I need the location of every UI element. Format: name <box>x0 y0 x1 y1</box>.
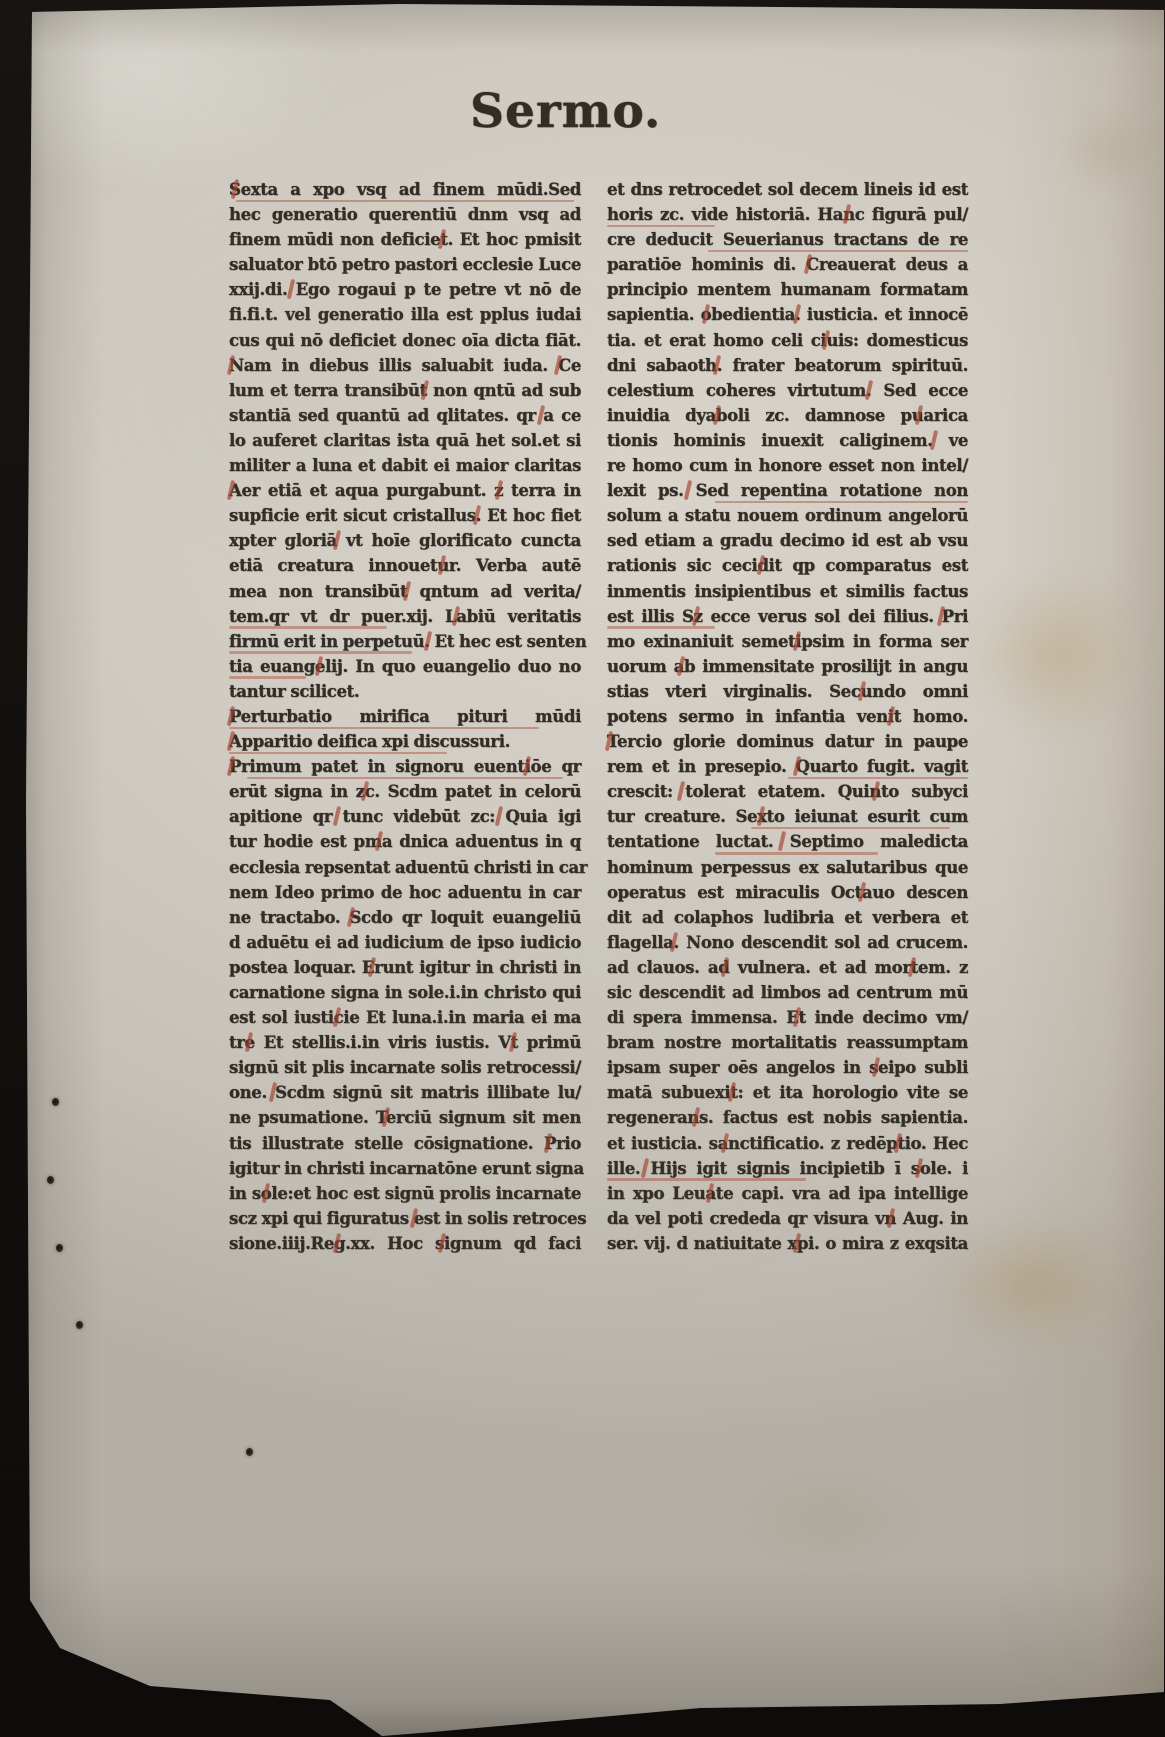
rubric-stroke <box>886 1208 894 1228</box>
text-line: et iusticia. sanctificatio. z redēptio. … <box>607 1131 968 1156</box>
rubric-stroke <box>670 932 678 952</box>
rubric-stroke <box>793 1233 801 1253</box>
rubric-stroke <box>403 580 411 600</box>
rubric-stroke <box>375 831 383 851</box>
rubric-stroke <box>865 380 873 400</box>
text-line: igitur in christi incarnatōne erunt sign… <box>229 1156 581 1181</box>
text-line: militer a luna et dabit ei maior clarita… <box>229 453 581 478</box>
rubric-stroke <box>821 329 829 349</box>
text-line: fi.fi.t. vel generatio illa est pplus iu… <box>229 302 581 327</box>
rubric-stroke <box>843 204 851 224</box>
rubric-stroke <box>332 1007 340 1027</box>
paper-stain <box>680 1440 980 1600</box>
text-line: ille. Hijs igit signis incipietib ī sole… <box>607 1156 968 1181</box>
wormhole <box>76 1321 83 1329</box>
text-line: ne tractabo. Scdo qr loquit euangeliū <box>229 905 581 930</box>
rubric-stroke <box>713 355 721 375</box>
rubric-stroke <box>793 304 801 324</box>
text-line: saluator btō petro pastori ecclesie Luce <box>229 252 581 277</box>
rubric-stroke <box>677 781 685 801</box>
text-line: scz xpi qui figuratus est in solis retro… <box>229 1206 581 1231</box>
rubric-stroke <box>872 781 880 801</box>
text-line: tentatione luctat. Septimo maledicta <box>607 829 968 854</box>
photo-background: Sermo. Sexta a xpo vsq ad finem mūdi.Sed… <box>0 0 1165 1737</box>
rubric-stroke <box>778 831 786 851</box>
rubric-stroke <box>508 1032 516 1052</box>
rubric-stroke <box>605 731 613 751</box>
text-line: ad clauos. ad vulnera. et ad mortem. z <box>607 955 968 980</box>
rubric-stroke <box>227 706 235 726</box>
rubric-stroke <box>756 806 764 826</box>
rubric-stroke <box>346 907 354 927</box>
rubric-stroke <box>537 405 545 425</box>
text-line: ser. vij. d natiuitate xpi. o mira z exq… <box>607 1231 968 1256</box>
text-line: xxij.di. Ego rogaui p te petre vt nō de <box>229 277 581 302</box>
rubric-stroke <box>452 605 460 625</box>
text-line: tre Et stellis.i.in viris iustis. Vt pri… <box>229 1030 581 1055</box>
manuscript-page: Sermo. Sexta a xpo vsq ad finem mūdi.Sed… <box>0 0 1165 1737</box>
rubric-stroke <box>793 756 801 776</box>
text-line: apitione qr tunc videbūt zc: Quia igi <box>229 804 581 829</box>
rubric-stroke <box>756 555 764 575</box>
text-line: et dns retrocedet sol decem lineis id es… <box>607 177 968 202</box>
rubric-stroke <box>915 405 923 425</box>
wormhole <box>246 1448 253 1456</box>
text-line: cus qui nō deficiet donec oīa dicta fiāt… <box>229 328 581 353</box>
text-line: in sole:et hoc est signū prolis incarnat… <box>229 1181 581 1206</box>
text-line: sapientia. obedientia. iusticia. et inno… <box>607 302 968 327</box>
rubric-stroke <box>438 555 446 575</box>
text-line: stias vteri virginalis. Secundo omni <box>607 679 968 704</box>
text-line: est sol iusticie Et luna.i.in maria ei m… <box>229 1005 581 1030</box>
wormhole <box>47 1176 54 1184</box>
text-line: firmū erit in perpetuū. Et hec est sente… <box>229 629 581 654</box>
rubric-stroke <box>494 806 502 826</box>
text-line: hec generatio querentiū dnm vsq ad <box>229 202 581 227</box>
text-line: uorum ab immensitate prosilijt in angu <box>607 654 968 679</box>
text-line: tis illustrate stelle cōsignatione. Prio <box>229 1131 581 1156</box>
text-line: signū sit plis incarnate solis retrocess… <box>229 1055 581 1080</box>
rubric-stroke <box>424 631 432 651</box>
rubric-stroke <box>382 1107 390 1127</box>
text-line: tantur scilicet. <box>229 679 581 704</box>
text-line: bram nostre mortalitatis reassumptam <box>607 1030 968 1055</box>
text-line: operatus est miraculis Octauo descen <box>607 880 968 905</box>
text-line: celestium coheres virtutum. Sed ecce <box>607 378 968 403</box>
text-line: horis zc. vide historiā. Hanc figurā pul… <box>607 202 968 227</box>
rubric-stroke <box>691 605 699 625</box>
text-line: tem.qr vt dr puer.xij. Labiū veritatis <box>229 604 581 629</box>
rubric-stroke <box>287 279 295 299</box>
text-line: etiā creatura innouetur. Verba autē <box>229 553 581 578</box>
text-line: tur creature. Sexto ieiunat esurit cum <box>607 804 968 829</box>
text-line: rem et in presepio. Quarto fugit. vagit <box>607 754 968 779</box>
text-line: crescit: tolerat etatem. Quinto subyci <box>607 779 968 804</box>
text-line: lexit ps. Sed repentina rotatione non <box>607 478 968 503</box>
rubric-stroke <box>886 706 894 726</box>
rubric-stroke <box>332 530 340 550</box>
rubric-stroke <box>713 405 721 425</box>
text-line: Nam in diebus illis saluabit iuda. Ce <box>229 353 581 378</box>
rubric-stroke <box>544 1132 552 1152</box>
text-line: ipsam super oēs angelos in seipo subli <box>607 1055 968 1080</box>
rubric-stroke <box>793 1007 801 1027</box>
text-line: principio mentem humanam formatam <box>607 277 968 302</box>
rubric-stroke <box>720 1132 728 1152</box>
paper-stain <box>1040 90 1165 210</box>
rubric-stroke <box>793 631 801 651</box>
text-line: tia euangelij. In quo euangelio duo no <box>229 654 581 679</box>
text-line: inmentis insipientibus et similis factus <box>607 579 968 604</box>
text-line: lo auferet claritas ista quā het sol.et … <box>229 428 581 453</box>
rubric-stroke <box>438 229 446 249</box>
rubric-stroke <box>720 957 728 977</box>
rubric-stroke <box>522 756 530 776</box>
paper-stain <box>960 570 1150 740</box>
text-line: ecclesia repsentat aduentū christi in ca… <box>229 855 581 880</box>
text-line: one. Scdm signū sit matris illibate lu/ <box>229 1080 581 1105</box>
rubric-stroke <box>420 380 428 400</box>
rubric-stroke <box>332 806 340 826</box>
rubric-stroke <box>937 605 945 625</box>
text-line: regenerans. factus est nobis sapientia. <box>607 1105 968 1130</box>
rubric-stroke <box>269 1082 277 1102</box>
text-line: nem Ideo primo de hoc aduentu in car <box>229 880 581 905</box>
rubric-stroke <box>438 1233 446 1253</box>
rubric-stroke <box>227 480 235 500</box>
rubric-stroke <box>857 881 865 901</box>
rubric-stroke <box>915 1158 923 1178</box>
text-line: in xpo Leuate capi. vra ad ipa intellige <box>607 1181 968 1206</box>
rubric-stroke <box>332 1233 340 1253</box>
wormhole <box>56 1244 63 1252</box>
text-column-left: Sexta a xpo vsq ad finem mūdi.Sedhec gen… <box>229 177 581 1256</box>
text-line: rationis sic cecidit qp comparatus est <box>607 553 968 578</box>
page-header-title: Sermo. <box>470 84 730 139</box>
text-line: matā subuexit: et ita horologio vite se <box>607 1080 968 1105</box>
rubric-stroke <box>315 656 323 676</box>
text-line: tur hodie est pma dnica aduentus in q <box>229 829 581 854</box>
text-line: sione.iiij.Reg.xx. Hoc signum qd faci <box>229 1231 581 1256</box>
rubric-stroke <box>494 480 502 500</box>
text-line: d aduētu ei ad iudicium de ipso iudicio <box>229 930 581 955</box>
rubric-stroke <box>803 254 811 274</box>
rubric-stroke <box>857 681 865 701</box>
rubric-stroke <box>410 1208 418 1228</box>
text-line: tia. et erat homo celi ciuis: domesticus <box>607 328 968 353</box>
text-line: paratiōe hominis di. Creauerat deus a <box>607 252 968 277</box>
rubric-stroke <box>930 430 938 450</box>
rubric-stroke <box>908 957 916 977</box>
text-line: potens sermo in infantia venit homo. <box>607 704 968 729</box>
text-line: sic descendit ad limbos ad centrum mū <box>607 980 968 1005</box>
text-line: postea loquar. Erunt igitur in christi i… <box>229 955 581 980</box>
text-line: tionis hominis inuexit caliginem. ve <box>607 428 968 453</box>
rubric-stroke <box>702 304 710 324</box>
text-line: carnatione signa in sole.i.in christo qu… <box>229 980 581 1005</box>
rubric-stroke <box>244 1032 252 1052</box>
text-line: lum et terra transibūt non qntū ad sub <box>229 378 581 403</box>
text-line: ne psumatione. Terciū signum sit men <box>229 1105 581 1130</box>
rubric-stroke <box>691 1107 699 1127</box>
rubric-stroke <box>728 1082 736 1102</box>
rubric-stroke <box>368 957 376 977</box>
text-line: flagella. Nono descendit sol ad crucem. <box>607 930 968 955</box>
text-line: Perturbatio mirifica pituri mūdi <box>229 704 581 729</box>
text-line: inuidia dyaboli zc. damnose puarica <box>607 403 968 428</box>
rubric-stroke <box>641 1158 649 1178</box>
text-line: dit ad colaphos ludibria et verbera et <box>607 905 968 930</box>
text-line: dni sabaoth. frater beatorum spirituū. <box>607 353 968 378</box>
text-line: sed etiam a gradu decimo id est ab vsu <box>607 528 968 553</box>
text-line: Aer etiā et aqua purgabunt. z terra in <box>229 478 581 503</box>
text-line: erūt signa in zc. Scdm patet in celorū <box>229 779 581 804</box>
text-line: hominum perpessus ex salutaribus que <box>607 855 968 880</box>
rubric-stroke <box>684 480 692 500</box>
text-line: finem mūdi non deficiet. Et hoc pmisit <box>229 227 581 252</box>
rubric-stroke <box>227 756 235 776</box>
text-line: est illis Sz ecce verus sol dei filius. … <box>607 604 968 629</box>
text-line: da vel poti crededa qr visura vn Aug. in <box>607 1206 968 1231</box>
text-line: Apparitio deifica xpi discussuri. <box>229 729 581 754</box>
wormhole <box>52 1098 59 1106</box>
text-line: Sexta a xpo vsq ad finem mūdi.Sed <box>229 177 581 202</box>
text-line: mo exinaniuit semetipsim in forma ser <box>607 629 968 654</box>
rubric-stroke <box>677 656 685 676</box>
rubric-stroke <box>894 1132 902 1152</box>
rubric-stroke <box>473 505 481 525</box>
rubric-stroke <box>230 179 238 199</box>
rubric-stroke <box>554 355 562 375</box>
rubric-stroke <box>227 355 235 375</box>
rubric-stroke <box>706 1183 714 1203</box>
text-line: mea non transibūt qntum ad verita/ <box>229 579 581 604</box>
text-line: Tercio glorie dominus datur in paupe <box>607 729 968 754</box>
text-line: Primum patet in signoru euentiōe qr <box>229 754 581 779</box>
text-line: cre deducit Seuerianus tractans de re <box>607 227 968 252</box>
text-line: stantiā sed quantū ad qlitates. qr a ce <box>229 403 581 428</box>
text-line: di spera immensa. Et inde decimo vm/ <box>607 1005 968 1030</box>
rubric-stroke <box>262 1183 270 1203</box>
rubric-stroke <box>227 731 235 751</box>
rubric-stroke <box>872 1057 880 1077</box>
text-line: re homo cum in honore esset non intel/ <box>607 453 968 478</box>
text-line: supficie erit sicut cristallus. Et hoc f… <box>229 503 581 528</box>
text-line: xpter gloriā vt hoīe glorificato cuncta <box>229 528 581 553</box>
text-column-right: et dns retrocedet sol decem lineis id es… <box>607 177 968 1256</box>
rubric-stroke <box>361 781 369 801</box>
text-line: solum a statu nouem ordinum angelorū <box>607 503 968 528</box>
